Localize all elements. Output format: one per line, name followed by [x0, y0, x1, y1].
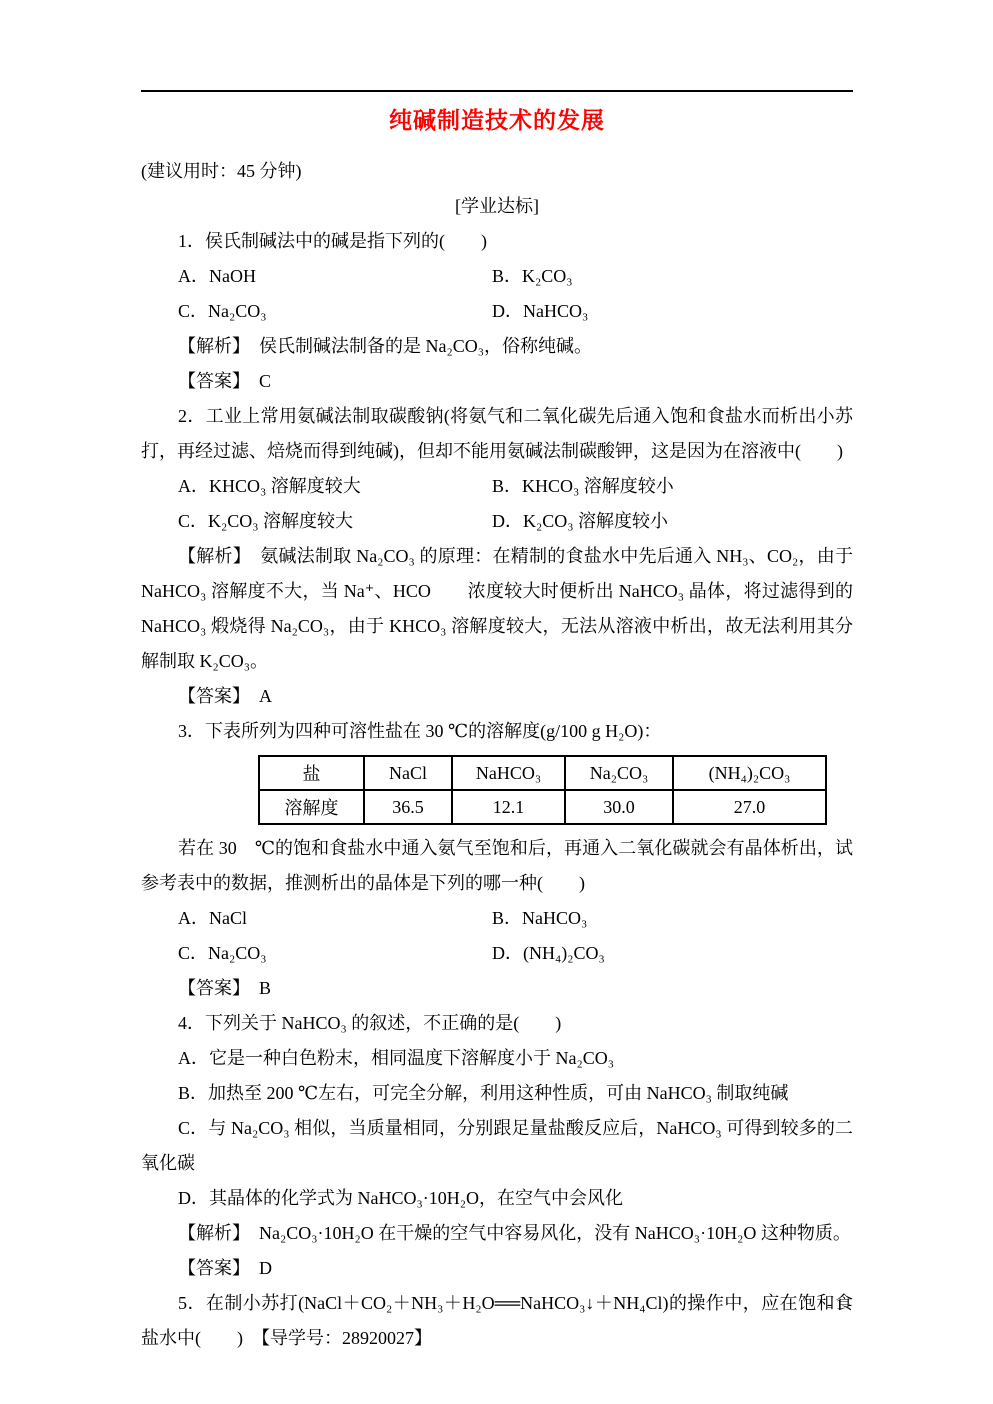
q4-stem: 4．下列关于 NaHCO₃ 的叙述，不正确的是( ): [141, 1006, 853, 1041]
suggested-time: (建议用时：45 分钟): [141, 154, 853, 189]
q3-stem: 3．下表所列为四种可溶性盐在 30 ℃的溶解度(g/100 g H₂O)：: [141, 714, 853, 749]
table-header-salt: 盐: [259, 756, 364, 790]
q2-answer: 【答案】 A: [141, 679, 853, 714]
table-header-na2co3: Na₂CO₃: [565, 756, 673, 790]
page-number: - 1 -: [827, 1295, 852, 1315]
q4-option-b: B．加热至 200 ℃左右，可完全分解，利用这种性质，可由 NaHCO₃ 制取纯…: [141, 1076, 853, 1111]
q3-option-b: B．NaHCO₃: [492, 901, 853, 936]
q4-analysis: 【解析】 Na₂CO₃·10H₂O 在干燥的空气中容易风化，没有 NaHCO₃·…: [141, 1216, 853, 1251]
q1-analysis: 【解析】 侯氏制碱法制备的是 Na₂CO₃，俗称纯碱。: [141, 329, 853, 364]
document-page: 纯碱制造技术的发展 (建议用时：45 分钟) [学业达标] 1．侯氏制碱法中的碱…: [0, 0, 993, 1404]
table-header-nh4co3: (NH₄)₂CO₃: [673, 756, 826, 790]
table-value-nacl: 36.5: [364, 790, 452, 824]
q1-option-a: A．NaOH: [141, 259, 492, 294]
q1-option-b: B．K₂CO₃: [492, 259, 853, 294]
q1-option-c: C．Na₂CO₃: [141, 294, 492, 329]
q4-option-d: D．其晶体的化学式为 NaHCO₃·10H₂O，在空气中会风化: [141, 1181, 853, 1216]
page-title: 纯碱制造技术的发展: [141, 104, 853, 138]
q2-option-a: A．KHCO₃ 溶解度较大: [141, 469, 492, 504]
table-header-nahco3: NaHCO₃: [452, 756, 565, 790]
q4-option-c: C．与 Na₂CO₃ 相似，当质量相同，分别跟足量盐酸反应后，NaHCO₃ 可得…: [141, 1111, 853, 1181]
q2-option-d: D．K₂CO₃ 溶解度较小: [492, 504, 853, 539]
table-value-nahco3: 12.1: [452, 790, 565, 824]
table-header-nacl: NaCl: [364, 756, 452, 790]
table-value-na2co3: 30.0: [565, 790, 673, 824]
q1-options-ab: A．NaOH B．K₂CO₃: [141, 259, 853, 294]
q3-options-cd: C．Na₂CO₃ D．(NH₄)₂CO₃: [141, 936, 853, 971]
q2-options-ab: A．KHCO₃ 溶解度较大 B．KHCO₃ 溶解度较小: [141, 469, 853, 504]
q3-options-ab: A．NaCl B．NaHCO₃: [141, 901, 853, 936]
q1-answer: 【答案】 C: [141, 364, 853, 399]
solubility-table: 盐 NaCl NaHCO₃ Na₂CO₃ (NH₄)₂CO₃ 溶解度 36.5 …: [258, 755, 827, 825]
q4-option-a: A．它是一种白色粉末，相同温度下溶解度小于 Na₂CO₃: [141, 1041, 853, 1076]
q3-answer: 【答案】 B: [141, 971, 853, 1006]
q2-stem: 2．工业上常用氨碱法制取碳酸钠(将氨气和二氧化碳先后通入饱和食盐水而析出小苏打，…: [141, 399, 853, 469]
q3-option-c: C．Na₂CO₃: [141, 936, 492, 971]
section-header: [学业达标]: [141, 189, 853, 224]
q1-option-d: D．NaHCO₃: [492, 294, 853, 329]
q2-option-b: B．KHCO₃ 溶解度较小: [492, 469, 853, 504]
q5-stem: 5．在制小苏打(NaCl＋CO₂＋NH₃＋H₂O══NaHCO₃↓＋NH₄Cl)…: [141, 1286, 853, 1356]
q2-options-cd: C．K₂CO₃ 溶解度较大 D．K₂CO₃ 溶解度较小: [141, 504, 853, 539]
q1-stem: 1．侯氏制碱法中的碱是指下列的( ): [141, 224, 853, 259]
q3-followup: 若在 30 ℃的饱和食盐水中通入氨气至饱和后，再通入二氧化碳就会有晶体析出，试参…: [141, 831, 853, 901]
table-header-row: 盐 NaCl NaHCO₃ Na₂CO₃ (NH₄)₂CO₃: [259, 756, 826, 790]
q3-option-d: D．(NH₄)₂CO₃: [492, 936, 853, 971]
document-content: 纯碱制造技术的发展 (建议用时：45 分钟) [学业达标] 1．侯氏制碱法中的碱…: [141, 0, 853, 1356]
q2-option-c: C．K₂CO₃ 溶解度较大: [141, 504, 492, 539]
q1-options-cd: C．Na₂CO₃ D．NaHCO₃: [141, 294, 853, 329]
q4-answer: 【答案】 D: [141, 1251, 853, 1286]
table-data-row: 溶解度 36.5 12.1 30.0 27.0: [259, 790, 826, 824]
q2-analysis: 【解析】 氨碱法制取 Na₂CO₃ 的原理：在精制的食盐水中先后通入 NH₃、C…: [141, 539, 853, 679]
table-value-nh4co3: 27.0: [673, 790, 826, 824]
header-rule: [141, 90, 853, 92]
q3-option-a: A．NaCl: [141, 901, 492, 936]
table-row-label: 溶解度: [259, 790, 364, 824]
